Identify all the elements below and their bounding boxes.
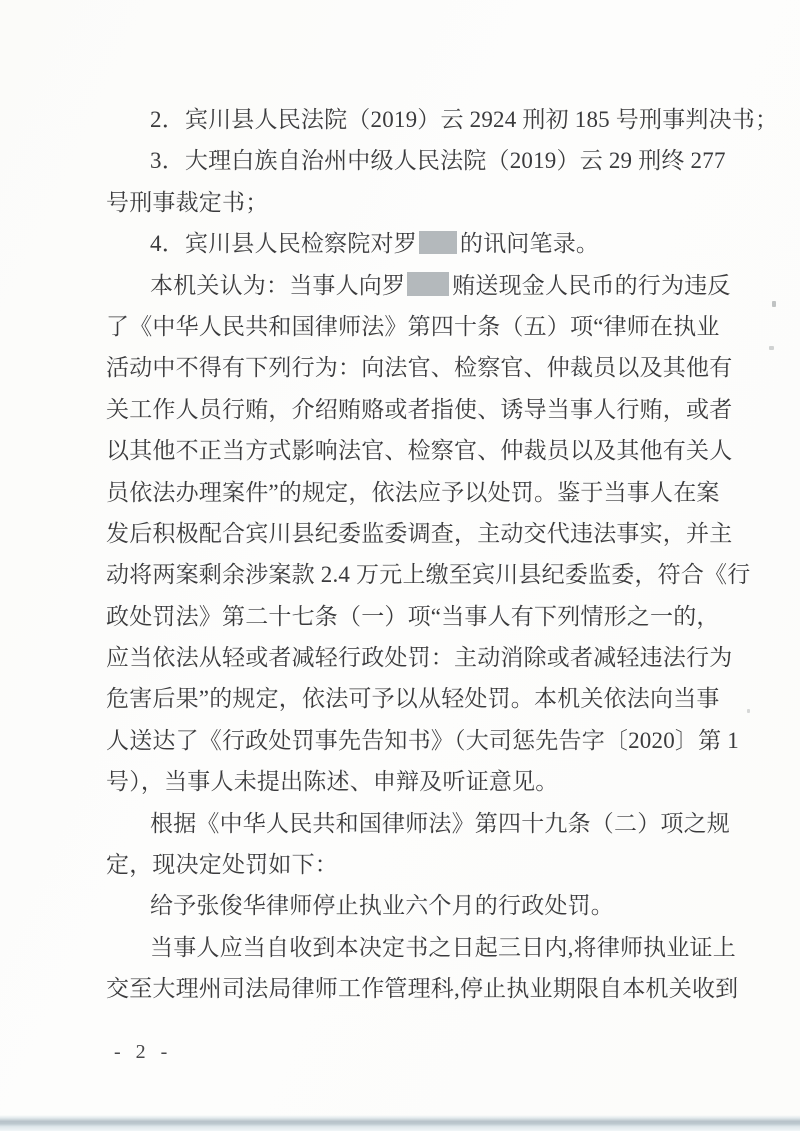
line-text: 政处罚法》第二十七条（一）项“当事人有下列情形之一的， <box>106 604 720 629</box>
document-body: 2．宾川县人民法院（2019）云 2924 刑初 185 号刑事判决书； 3．大… <box>106 99 766 1010</box>
document-line: 根据《中华人民共和国律师法》第四十九条（二）项之规 <box>106 803 766 844</box>
line-text: 本机关认为：当事人向罗 <box>150 273 405 298</box>
line-text: 的讯问笔录。 <box>460 231 599 256</box>
document-line: 员依法办理案件”的规定，依法应予以处罚。鉴于当事人在案 <box>106 472 766 513</box>
line-text: 应当依法从轻或者减轻行政处罚：主动消除或者减轻违法行为 <box>106 645 732 670</box>
page-number: - 2 - <box>114 1040 169 1064</box>
line-text: 根据《中华人民共和国律师法》第四十九条（二）项之规 <box>150 811 730 836</box>
scan-speck <box>772 301 776 307</box>
line-text: 活动中不得有下列行为：向法官、检察官、仲裁员以及其他有 <box>106 355 732 380</box>
line-text: 3．大理白族自治州中级人民法院（2019）云 29 刑终 277 <box>150 148 726 173</box>
line-text: 动将两案剩余涉案款 2.4 万元上缴至宾川县纪委监委，符合《行 <box>106 562 750 587</box>
line-text: 2．宾川县人民法院（2019）云 2924 刑初 185 号刑事判决书； <box>150 107 778 132</box>
line-text: 危害后果”的规定，依法可予以从轻处罚。本机关依法向当事 <box>106 686 720 711</box>
document-line: 交至大理州司法局律师工作管理科,停止执业期限自本机关收到 <box>106 968 766 1009</box>
line-text: 给予张俊华律师停止执业六个月的行政处罚。 <box>150 893 614 918</box>
document-line: 关工作人员行贿，介绍贿赂或者指使、诱导当事人行贿，或者 <box>106 389 766 430</box>
document-line: 给予张俊华律师停止执业六个月的行政处罚。 <box>106 885 766 926</box>
line-text: 员依法办理案件”的规定，依法应予以处罚。鉴于当事人在案 <box>106 480 720 505</box>
line-text: 关工作人员行贿，介绍贿赂或者指使、诱导当事人行贿，或者 <box>106 397 732 422</box>
document-line: 发后积极配合宾川县纪委监委调查，主动交代违法事实，并主 <box>106 513 766 554</box>
document-line: 号刑事裁定书； <box>106 182 766 223</box>
document-line: 危害后果”的规定，依法可予以从轻处罚。本机关依法向当事 <box>106 678 766 719</box>
line-text: 号刑事裁定书； <box>106 190 268 215</box>
line-text: 人送达了《行政处罚事先告知书》（大司惩先告字〔2020〕第 1 <box>106 728 739 753</box>
line-text: 交至大理州司法局律师工作管理科,停止执业期限自本机关收到 <box>106 976 738 1001</box>
scan-edge-shadow <box>0 1115 800 1131</box>
document-line: 当事人应当自收到本决定书之日起三日内,将律师执业证上 <box>106 927 766 968</box>
document-line: 号），当事人未提出陈述、申辩及听证意见。 <box>106 761 766 802</box>
redaction-box <box>419 231 457 254</box>
line-text: 当事人应当自收到本决定书之日起三日内,将律师执业证上 <box>150 935 736 960</box>
line-text: 4．宾川县人民检察院对罗 <box>150 231 417 256</box>
line-text: 了《中华人民共和国律师法》第四十条（五）项“律师在执业 <box>106 314 720 339</box>
document-line: 应当依法从轻或者减轻行政处罚：主动消除或者减轻违法行为 <box>106 637 766 678</box>
document-line: 2．宾川县人民法院（2019）云 2924 刑初 185 号刑事判决书； <box>106 99 766 140</box>
document-line: 4．宾川县人民检察院对罗的讯问笔录。 <box>106 223 766 264</box>
document-line: 本机关认为：当事人向罗贿送现金人民币的行为违反 <box>106 265 766 306</box>
line-text: 以其他不正当方式影响法官、检察官、仲裁员以及其他有关人 <box>106 438 732 463</box>
scanned-document-page: 2．宾川县人民法院（2019）云 2924 刑初 185 号刑事判决书； 3．大… <box>0 0 800 1131</box>
document-line: 人送达了《行政处罚事先告知书》（大司惩先告字〔2020〕第 1 <box>106 720 766 761</box>
document-line: 了《中华人民共和国律师法》第四十条（五）项“律师在执业 <box>106 306 766 347</box>
redaction-box <box>407 272 449 296</box>
document-line: 以其他不正当方式影响法官、检察官、仲裁员以及其他有关人 <box>106 430 766 471</box>
scan-speck <box>747 709 750 713</box>
line-text: 定，现决定处罚如下： <box>106 852 338 877</box>
line-text: 贿送现金人民币的行为违反 <box>452 273 730 298</box>
line-text: 号），当事人未提出陈述、申辩及听证意见。 <box>106 769 559 794</box>
document-line: 动将两案剩余涉案款 2.4 万元上缴至宾川县纪委监委，符合《行 <box>106 554 766 595</box>
document-line: 政处罚法》第二十七条（一）项“当事人有下列情形之一的， <box>106 596 766 637</box>
document-line: 活动中不得有下列行为：向法官、检察官、仲裁员以及其他有 <box>106 347 766 388</box>
line-text: 发后积极配合宾川县纪委监委调查，主动交代违法事实，并主 <box>106 521 732 546</box>
scan-speck <box>769 346 774 350</box>
document-line: 3．大理白族自治州中级人民法院（2019）云 29 刑终 277 <box>106 140 766 181</box>
document-line: 定，现决定处罚如下： <box>106 844 766 885</box>
